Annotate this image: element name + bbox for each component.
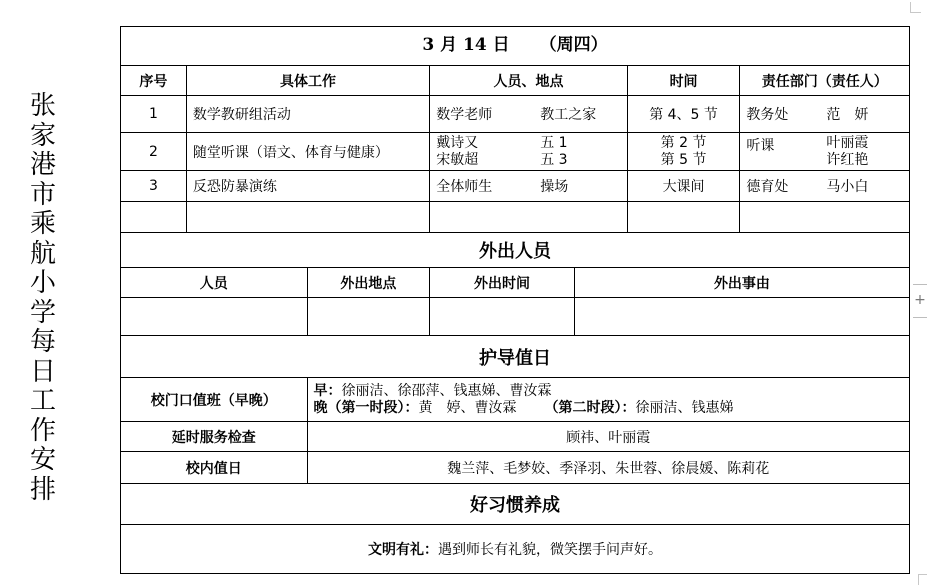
person: 宋敏超 — [436, 152, 540, 169]
habit-cell[interactable]: 文明有礼：遇到师长有礼貌，微笑摆手问声好。 — [121, 525, 909, 573]
time: 第 2 节 — [661, 135, 707, 152]
evening-label-1: 晚（第一时段）： — [314, 400, 419, 416]
outing-col-place: 外出地点 — [308, 268, 431, 297]
after-school-row: 延时服务检查 顾祎、叶丽霞 — [120, 422, 910, 452]
row-people-place[interactable]: 戴诗又宋敏超 五 1五 3 — [430, 133, 627, 170]
page-corner-marker — [918, 574, 927, 585]
col-header-people: 人员、地点 — [430, 66, 627, 95]
page-corner-marker — [910, 2, 921, 13]
work-row: 3 反恐防暴演练 全体师生操场 大课间 德育处马小白 — [120, 171, 910, 202]
row-people-place[interactable]: 全体师生操场 — [430, 171, 627, 201]
row-dept[interactable]: 听课 叶丽霞许红艳 — [740, 133, 909, 170]
side-title: 张 家 港 市 乘 航 小 学 每 日 工 作 安 排 — [26, 92, 60, 505]
dept: 听课 — [746, 135, 826, 169]
row-time[interactable]: 大课间 — [628, 171, 741, 201]
outing-col-reason: 外出事由 — [575, 268, 909, 297]
time: 第 5 节 — [661, 152, 707, 169]
side-title-char: 港 — [26, 151, 60, 181]
outing-section-row: 外出人员 — [120, 233, 910, 268]
side-title-char: 每 — [26, 328, 60, 358]
row-time[interactable] — [628, 202, 741, 232]
work-row-empty — [120, 202, 910, 233]
work-row: 2 随堂听课（语文、体育与健康） 戴诗又宋敏超 五 1五 3 第 2 节 第 5… — [120, 133, 910, 171]
side-title-char: 安 — [26, 446, 60, 476]
evening-names-2: 徐丽洁、钱惠娣 — [636, 400, 734, 416]
date-row: 3 月 14 日 （周四） — [120, 26, 910, 66]
side-title-char: 学 — [26, 299, 60, 329]
outing-place-cell[interactable] — [308, 298, 431, 335]
habit-section-row: 好习惯养成 — [120, 484, 910, 525]
row-task[interactable]: 随堂听课（语文、体育与健康） — [187, 133, 430, 170]
row-no[interactable]: 2 — [121, 133, 187, 170]
campus-duty-names[interactable]: 魏兰萍、毛梦姣、季泽羽、朱世蓉、徐晨媛、陈莉花 — [308, 452, 909, 483]
outing-time-cell[interactable] — [430, 298, 575, 335]
outing-col-time: 外出时间 — [430, 268, 575, 297]
side-title-char: 日 — [26, 358, 60, 388]
row-time[interactable]: 第 4、5 节 — [628, 96, 741, 132]
habit-row: 文明有礼：遇到师长有礼貌，微笑摆手问声好。 — [120, 525, 910, 574]
gate-duty-names[interactable]: 早：徐丽洁、徐邵萍、钱惠娣、曹汝霖 晚（第一时段）：黄 婷、曹汝霖（第二时段）：… — [308, 378, 909, 421]
work-header-row: 序号 具体工作 人员、地点 时间 责任部门（责任人） — [120, 66, 910, 96]
evening-names-1: 黄 婷、曹汝霖 — [419, 400, 517, 416]
col-header-no: 序号 — [121, 66, 187, 95]
habit-label: 文明有礼： — [368, 539, 438, 559]
gate-duty-label: 校门口值班（早晚） — [121, 378, 308, 421]
after-school-label: 延时服务检查 — [121, 422, 308, 451]
morning-names: 徐丽洁、徐邵萍、钱惠娣、曹汝霖 — [342, 383, 552, 399]
weekday-text: （周四） — [540, 30, 608, 55]
row-task[interactable]: 反恐防暴演练 — [187, 171, 430, 201]
row-people-place[interactable] — [430, 202, 627, 232]
add-row-icon[interactable]: + — [913, 284, 927, 318]
outing-col-person: 人员 — [121, 268, 308, 297]
row-task[interactable]: 数学教研组活动 — [187, 96, 430, 132]
person: 全体师生 — [436, 176, 540, 196]
campus-duty-row: 校内值日 魏兰萍、毛梦姣、季泽羽、朱世蓉、徐晨媛、陈莉花 — [120, 452, 910, 484]
row-time[interactable]: 第 2 节 第 5 节 — [628, 133, 741, 170]
place: 五 1 — [540, 135, 567, 152]
side-title-char: 航 — [26, 240, 60, 270]
outing-row — [120, 298, 910, 336]
col-header-time: 时间 — [628, 66, 741, 95]
habit-section-title: 好习惯养成 — [121, 484, 909, 524]
place: 教工之家 — [540, 104, 596, 124]
row-people-place[interactable]: 数学老师教工之家 — [430, 96, 627, 132]
side-title-char: 乘 — [26, 210, 60, 240]
dept: 教务处 — [746, 104, 826, 124]
owner: 叶丽霞 — [826, 135, 868, 152]
place: 操场 — [540, 176, 568, 196]
outing-header-row: 人员 外出地点 外出时间 外出事由 — [120, 268, 910, 298]
col-header-task: 具体工作 — [187, 66, 430, 95]
row-no[interactable]: 3 — [121, 171, 187, 201]
gate-duty-row: 校门口值班（早晚） 早：徐丽洁、徐邵萍、钱惠娣、曹汝霖 晚（第一时段）：黄 婷、… — [120, 378, 910, 422]
side-title-char: 小 — [26, 269, 60, 299]
owner: 马小白 — [826, 176, 868, 196]
row-dept[interactable]: 教务处范 妍 — [740, 96, 909, 132]
row-dept[interactable]: 德育处马小白 — [740, 171, 909, 201]
side-title-char: 排 — [26, 476, 60, 506]
work-row: 1 数学教研组活动 数学老师教工之家 第 4、5 节 教务处范 妍 — [120, 96, 910, 133]
duty-section-title: 护导值日 — [121, 336, 909, 377]
outing-person-cell[interactable] — [121, 298, 308, 335]
row-dept[interactable] — [740, 202, 909, 232]
row-no[interactable] — [121, 202, 187, 232]
duty-section-row: 护导值日 — [120, 336, 910, 378]
after-school-names[interactable]: 顾祎、叶丽霞 — [308, 422, 909, 451]
schedule-table: 3 月 14 日 （周四） 序号 具体工作 人员、地点 时间 责任部门（责任人）… — [120, 26, 910, 574]
side-title-char: 市 — [26, 181, 60, 211]
person: 戴诗又 — [436, 135, 540, 152]
campus-duty-label: 校内值日 — [121, 452, 308, 483]
outing-reason-cell[interactable] — [575, 298, 909, 335]
habit-text: 遇到师长有礼貌，微笑摆手问声好。 — [438, 539, 662, 559]
col-header-dept: 责任部门（责任人） — [740, 66, 909, 95]
date-text: 3 月 14 日 — [422, 30, 509, 55]
row-task[interactable] — [187, 202, 430, 232]
morning-label: 早： — [314, 383, 342, 399]
evening-label-2: （第二时段）： — [545, 400, 636, 416]
person: 数学老师 — [436, 104, 540, 124]
side-title-char: 作 — [26, 417, 60, 447]
owner: 许红艳 — [826, 152, 868, 169]
owner: 范 妍 — [826, 104, 868, 124]
row-no[interactable]: 1 — [121, 96, 187, 132]
side-title-char: 家 — [26, 122, 60, 152]
side-title-char: 张 — [26, 92, 60, 122]
date-cell[interactable]: 3 月 14 日 （周四） — [121, 27, 909, 65]
place: 五 3 — [540, 152, 567, 169]
side-title-char: 工 — [26, 387, 60, 417]
dept: 德育处 — [746, 176, 826, 196]
outing-section-title: 外出人员 — [121, 233, 909, 267]
